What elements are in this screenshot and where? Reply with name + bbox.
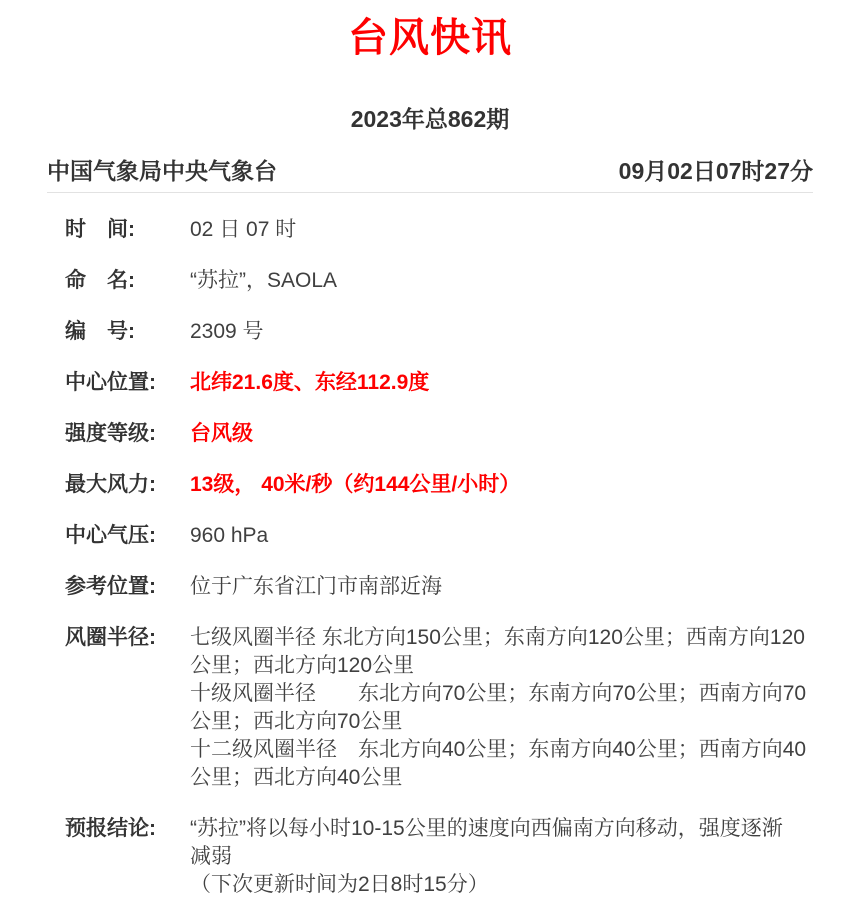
- field-value: 七级风圈半径 东北方向150公里；东南方向120公里；西南方向120 公里；西北…: [190, 624, 813, 792]
- field-label: 时 间:: [65, 216, 190, 244]
- field-label: 预报结论:: [65, 815, 190, 898]
- field-row-wind-circle-radius: 风圈半径: 七级风圈半径 东北方向150公里；东南方向120公里；西南方向120…: [47, 624, 813, 792]
- forecast-line: “苏拉”将以每小时10-15公里的速度向西偏南方向移动，强度逐渐: [190, 815, 813, 843]
- field-label: 最大风力:: [65, 471, 190, 499]
- wind-radius-line: 十二级风圈半径 东北方向40公里；东南方向40公里；西南方向40: [190, 736, 813, 764]
- field-value: 13级， 40米/秒（约144公里/小时）: [190, 471, 813, 499]
- wind-radius-line: 七级风圈半径 东北方向150公里；东南方向120公里；西南方向120: [190, 624, 813, 652]
- field-value: 台风级: [190, 420, 813, 448]
- bulletin-header: 中国气象局中央气象台 09月02日07时27分: [47, 158, 813, 193]
- field-label: 中心气压:: [65, 522, 190, 550]
- field-row-intensity: 强度等级: 台风级: [47, 420, 813, 448]
- wind-radius-line: 十级风圈半径 东北方向70公里；东南方向70公里；西南方向70: [190, 680, 813, 708]
- field-label: 强度等级:: [65, 420, 190, 448]
- field-row-center-position: 中心位置: 北纬21.6度、东经112.9度: [47, 369, 813, 397]
- field-value: “苏拉”，SAOLA: [190, 267, 813, 295]
- wind-radius-line: 公里；西北方向70公里: [190, 708, 813, 736]
- field-label: 参考位置:: [65, 573, 190, 601]
- agency-name: 中国气象局中央气象台: [47, 158, 277, 184]
- field-row-max-wind: 最大风力: 13级， 40米/秒（约144公里/小时）: [47, 471, 813, 499]
- field-label: 命 名:: [65, 267, 190, 295]
- field-value: “苏拉”将以每小时10-15公里的速度向西偏南方向移动，强度逐渐 减弱 （下次更…: [190, 815, 813, 898]
- field-row-pressure: 中心气压: 960 hPa: [47, 522, 813, 550]
- field-value: 位于广东省江门市南部近海: [190, 573, 813, 601]
- field-row-number: 编 号: 2309 号: [47, 318, 813, 346]
- forecast-line: 减弱: [190, 843, 813, 871]
- field-value: 960 hPa: [190, 522, 813, 550]
- field-row-reference-position: 参考位置: 位于广东省江门市南部近海: [47, 573, 813, 601]
- field-value: 北纬21.6度、东经112.9度: [190, 369, 813, 397]
- publish-time: 09月02日07时27分: [619, 158, 813, 184]
- field-row-time: 时 间: 02 日 07 时: [47, 216, 813, 244]
- field-label: 风圈半径:: [65, 624, 190, 792]
- wind-radius-line: 公里；西北方向40公里: [190, 764, 813, 792]
- field-value: 02 日 07 时: [190, 216, 813, 244]
- wind-radius-line: 公里；西北方向120公里: [190, 652, 813, 680]
- field-label: 中心位置:: [65, 369, 190, 397]
- issue-number: 2023年总862期: [47, 105, 813, 133]
- field-label: 编 号:: [65, 318, 190, 346]
- forecast-line: （下次更新时间为2日8时15分）: [190, 871, 813, 898]
- page-title: 台风快讯: [47, 14, 813, 62]
- field-list: 时 间: 02 日 07 时 命 名: “苏拉”，SAOLA 编 号: 2309…: [47, 216, 813, 898]
- field-value: 2309 号: [190, 318, 813, 346]
- field-row-forecast-conclusion: 预报结论: “苏拉”将以每小时10-15公里的速度向西偏南方向移动，强度逐渐 减…: [47, 815, 813, 898]
- field-row-name: 命 名: “苏拉”，SAOLA: [47, 267, 813, 295]
- bulletin-page: 台风快讯 2023年总862期 中国气象局中央气象台 09月02日07时27分 …: [47, 14, 813, 898]
